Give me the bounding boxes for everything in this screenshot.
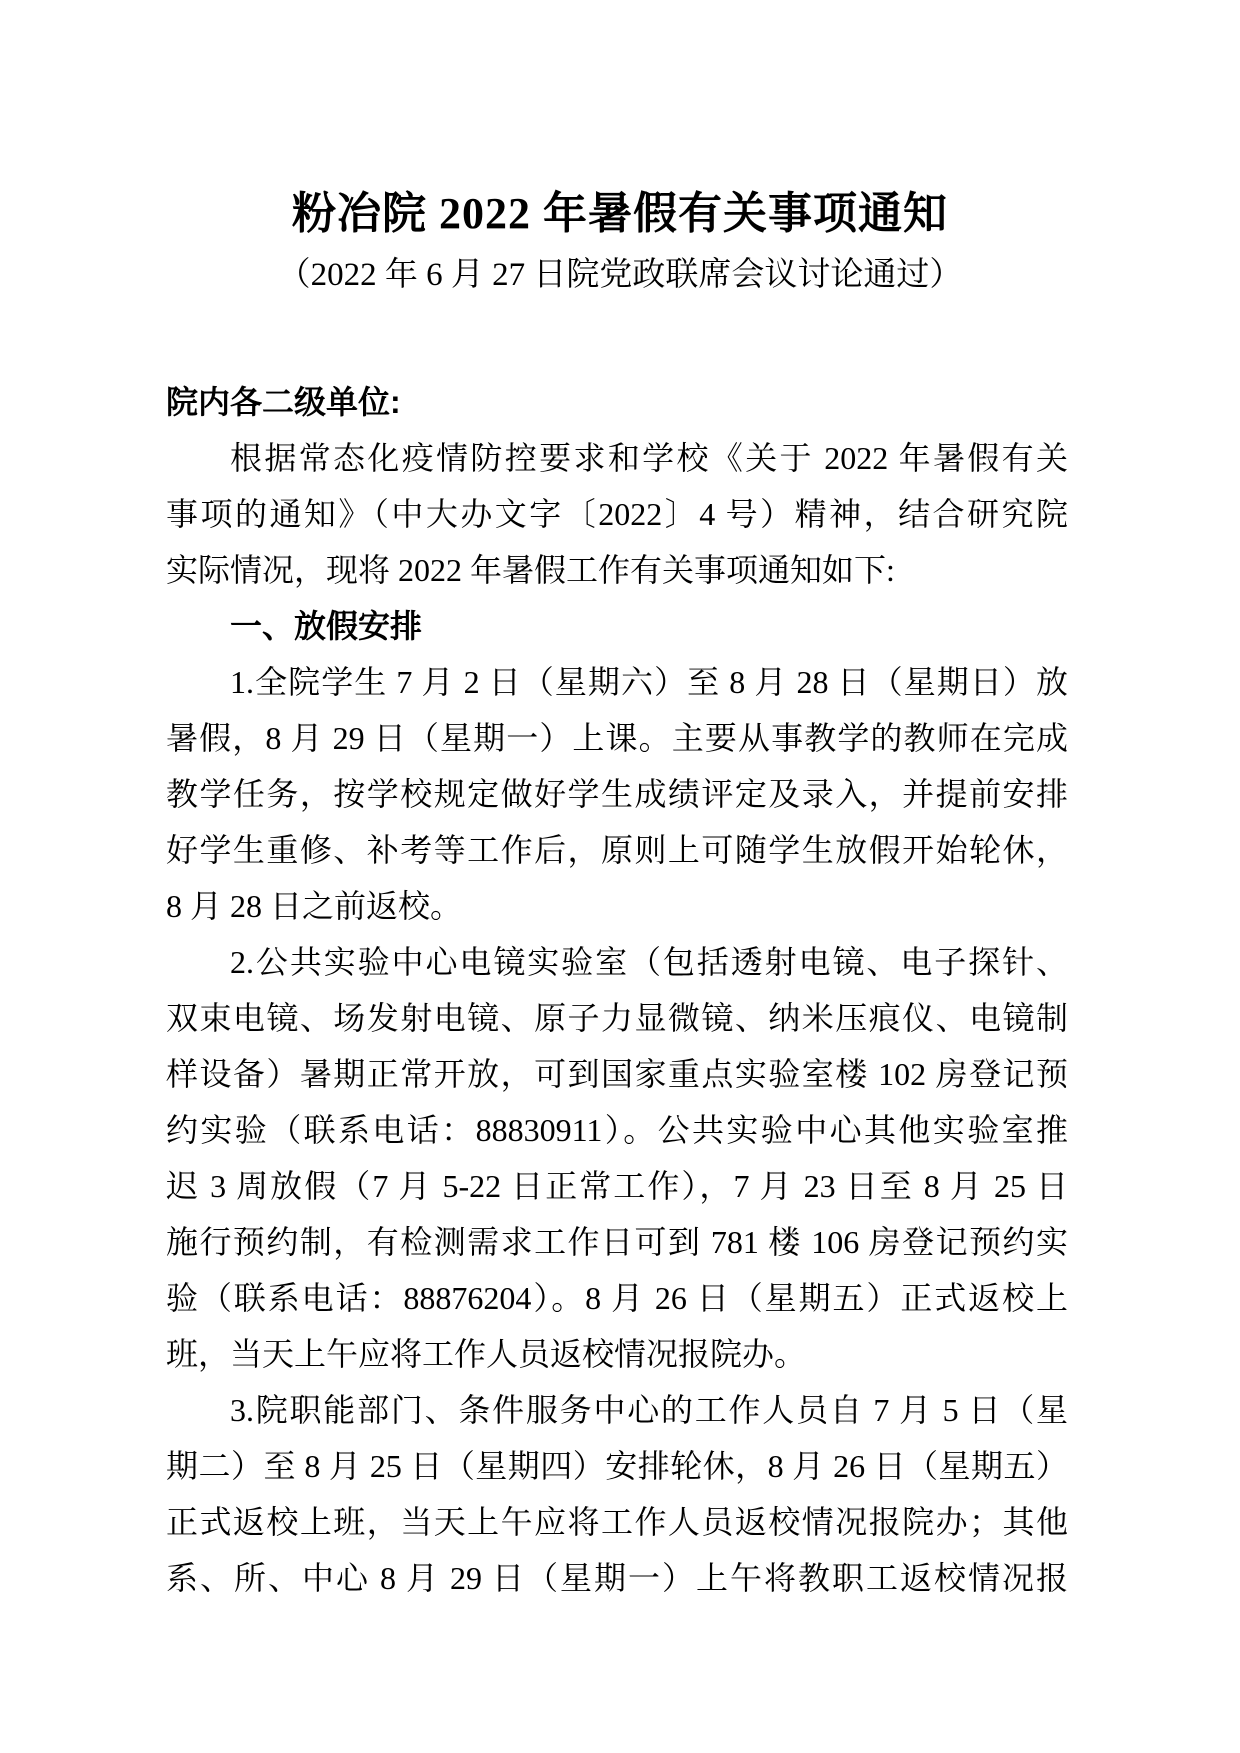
text-line: 迟 3 周放假（7 月 5-22 日正常工作），7 月 23 日至 8 月 25… bbox=[166, 1158, 1068, 1214]
text-line: 8 月 28 日之前返校。 bbox=[166, 878, 1068, 934]
text-line: 双束电镜、场发射电镜、原子力显微镜、纳米压痕仪、电镜制 bbox=[166, 990, 1068, 1046]
text-line: 暑假，8 月 29 日（星期一）上课。主要从事教学的教师在完成 bbox=[166, 710, 1068, 766]
document-title: 粉冶院 2022 年暑假有关事项通知 bbox=[166, 186, 1074, 242]
text-line: 事项的通知》（中大办文字〔2022〕4 号）精神，结合研究院 bbox=[166, 486, 1068, 542]
text-line: 样设备）暑期正常开放，可到国家重点实验室楼 102 房登记预 bbox=[166, 1046, 1068, 1102]
text-line: 教学任务，按学校规定做好学生成绩评定及录入，并提前安排 bbox=[166, 766, 1068, 822]
text-line: 施行预约制，有检测需求工作日可到 781 楼 106 房登记预约实 bbox=[166, 1214, 1068, 1270]
document-page: 粉冶院 2022 年暑假有关事项通知 （2022 年 6 月 27 日院党政联席… bbox=[0, 0, 1240, 1753]
text-line: 1.全院学生 7 月 2 日（星期六）至 8 月 28 日（星期日）放 bbox=[166, 654, 1068, 710]
text-line: 3.院职能部门、条件服务中心的工作人员自 7 月 5 日（星 bbox=[166, 1382, 1068, 1438]
document-body: 院内各二级单位:根据常态化疫情防控要求和学校《关于 2022 年暑假有关事项的通… bbox=[166, 374, 1068, 1606]
text-line: 实际情况，现将 2022 年暑假工作有关事项通知如下: bbox=[166, 542, 1068, 598]
text-line: 根据常态化疫情防控要求和学校《关于 2022 年暑假有关 bbox=[166, 430, 1068, 486]
text-line: 验（联系电话：88876204）。8 月 26 日（星期五）正式返校上 bbox=[166, 1270, 1068, 1326]
section-heading-line: 一、放假安排 bbox=[166, 598, 1068, 654]
text-line: 约实验（联系电话：88830911）。公共实验中心其他实验室推 bbox=[166, 1102, 1068, 1158]
text-line: 班，当天上午应将工作人员返校情况报院办。 bbox=[166, 1326, 1068, 1382]
section-heading-line: 院内各二级单位: bbox=[166, 374, 1068, 430]
text-line: 好学生重修、补考等工作后，原则上可随学生放假开始轮休， bbox=[166, 822, 1068, 878]
text-line: 期二）至 8 月 25 日（星期四）安排轮休，8 月 26 日（星期五） bbox=[166, 1438, 1068, 1494]
text-line: 2.公共实验中心电镜实验室（包括透射电镜、电子探针、 bbox=[166, 934, 1068, 990]
text-line: 系、所、中心 8 月 29 日（星期一）上午将教职工返校情况报 bbox=[166, 1550, 1068, 1606]
document-subtitle: （2022 年 6 月 27 日院党政联席会议讨论通过） bbox=[166, 247, 1074, 303]
text-line: 正式返校上班，当天上午应将工作人员返校情况报院办；其他 bbox=[166, 1494, 1068, 1550]
